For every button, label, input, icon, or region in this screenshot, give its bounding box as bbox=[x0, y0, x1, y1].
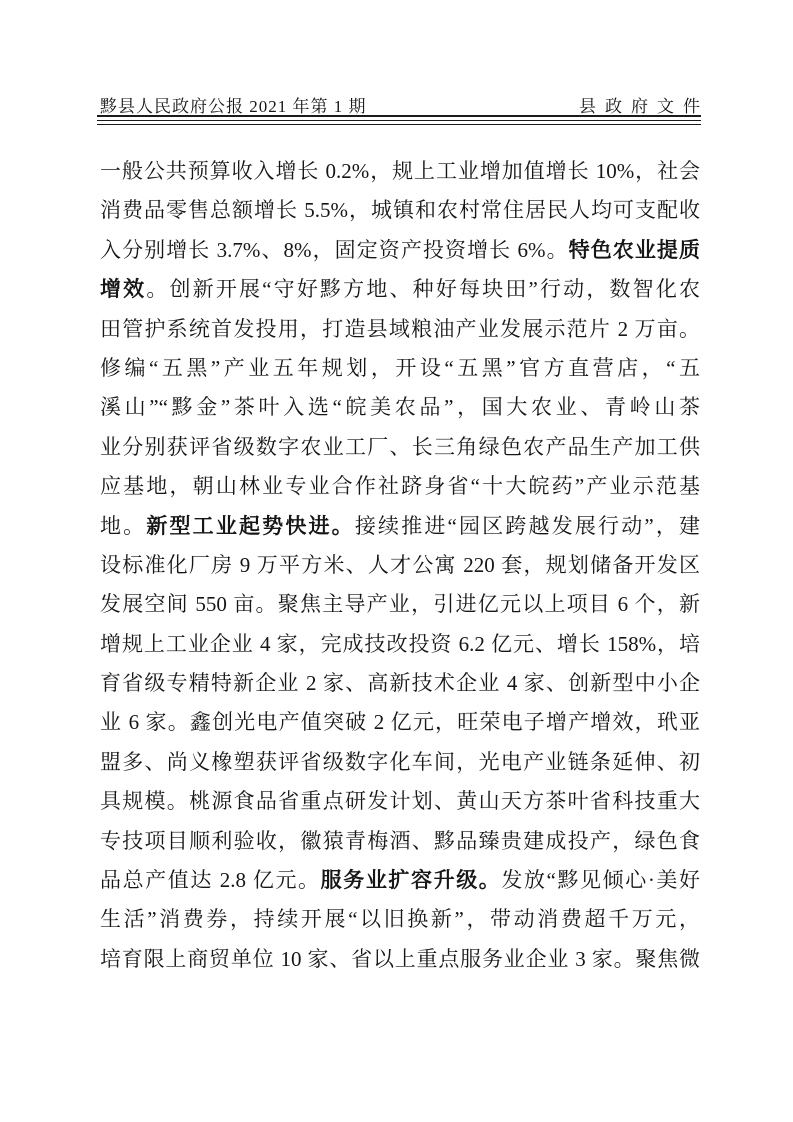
gazette-page: 黟县人民政府公报 2021 年第 1 期 县政府文件 一般公共预算收入增长 0.… bbox=[0, 0, 793, 1122]
text-run: 培育限上商贸单位 10 家、省以上重点服务业企业 3 家。聚焦微 bbox=[100, 947, 700, 971]
body-text: 一般公共预算收入增长 0.2%，规上工业增加值增长 10%，社会消费品零售总额增… bbox=[100, 152, 700, 979]
text-line: 增规上工业企业 4 家，完成技改投资 6.2 亿元、增长 158%，培 bbox=[100, 625, 700, 664]
text-run: 应基地，朝山林业专业合作社跻身省“十大皖药”产业示范基 bbox=[100, 474, 700, 498]
text-line: 消费品零售总额增长 5.5%，城镇和农村常住居民人均可支配收 bbox=[100, 191, 700, 230]
text-run: 生活”消费券，持续开展“以旧换新”，带动消费超千万元， bbox=[100, 907, 700, 931]
text-line: 业分别获评省级数字农业工厂、长三角绿色农产品生产加工供 bbox=[100, 428, 700, 467]
bold-run: 增效 bbox=[100, 277, 146, 301]
text-line: 地。新型工业起势快进。接续推进“园区跨越发展行动”，建 bbox=[100, 507, 700, 546]
text-run: 育省级专精特新企业 2 家、高新技术企业 4 家、创新型中小企 bbox=[100, 671, 700, 695]
page-header: 黟县人民政府公报 2021 年第 1 期 县政府文件 bbox=[100, 92, 700, 117]
section-label: 县政府文件 bbox=[579, 92, 709, 117]
text-line: 发展空间 550 亩。聚焦主导产业，引进亿元以上项目 6 个，新 bbox=[100, 585, 700, 624]
text-run: 修编“五黑”产业五年规划，开设“五黑”官方直营店，“五 bbox=[100, 356, 700, 380]
text-run: 接续推进“园区跨越发展行动”，建 bbox=[355, 514, 700, 538]
header-rule bbox=[97, 115, 701, 125]
text-run: 田管护系统首发投用，打造县域粮油产业发展示范片 2 万亩。 bbox=[100, 317, 700, 341]
text-run: 。创新开展“守好黟方地、种好每块田”行动，数智化农 bbox=[146, 277, 700, 301]
text-run: 盟多、尚义橡塑获评省级数字化车间，光电产业链条延伸、初 bbox=[100, 750, 700, 774]
text-run: 入分别增长 3.7%、8%，固定资产投资增长 6%。 bbox=[100, 238, 569, 262]
text-line: 专技项目顺利验收，徽猿青梅酒、黟品臻贵建成投产，绿色食 bbox=[100, 822, 700, 861]
text-run: 具规模。桃源食品省重点研发计划、黄山天方茶叶省科技重大 bbox=[100, 789, 700, 813]
text-line: 育省级专精特新企业 2 家、高新技术企业 4 家、创新型中小企 bbox=[100, 664, 700, 703]
text-line: 设标准化厂房 9 万平方米、人才公寓 220 套，规划储备开发区 bbox=[100, 546, 700, 585]
text-run: 发放“黟见倾心·美好 bbox=[501, 868, 700, 892]
text-line: 一般公共预算收入增长 0.2%，规上工业增加值增长 10%，社会 bbox=[100, 152, 700, 191]
gazette-title: 黟县人民政府公报 2021 年第 1 期 bbox=[100, 92, 367, 117]
text-line: 具规模。桃源食品省重点研发计划、黄山天方茶叶省科技重大 bbox=[100, 782, 700, 821]
text-line: 田管护系统首发投用，打造县域粮油产业发展示范片 2 万亩。 bbox=[100, 310, 700, 349]
header-rule-thick bbox=[97, 115, 701, 117]
text-line: 增效。创新开展“守好黟方地、种好每块田”行动，数智化农 bbox=[100, 270, 700, 309]
bold-run: 新型工业起势快进。 bbox=[146, 514, 355, 538]
text-line: 品总产值达 2.8 亿元。服务业扩容升级。发放“黟见倾心·美好 bbox=[100, 861, 700, 900]
text-line: 入分别增长 3.7%、8%，固定资产投资增长 6%。特色农业提质 bbox=[100, 231, 700, 270]
text-run: 发展空间 550 亩。聚焦主导产业，引进亿元以上项目 6 个，新 bbox=[100, 592, 700, 616]
text-run: 设标准化厂房 9 万平方米、人才公寓 220 套，规划储备开发区 bbox=[100, 553, 700, 577]
text-run: 业 6 家。鑫创光电产值突破 2 亿元，旺荣电子增产增效，玳亚 bbox=[100, 710, 700, 734]
text-line: 修编“五黑”产业五年规划，开设“五黑”官方直营店，“五 bbox=[100, 349, 700, 388]
text-line: 溪山”“黟金”茶叶入选“皖美农品”，国大农业、青岭山茶 bbox=[100, 388, 700, 427]
text-run: 增规上工业企业 4 家，完成技改投资 6.2 亿元、增长 158%，培 bbox=[100, 632, 700, 656]
bold-run: 服务业扩容升级。 bbox=[321, 868, 502, 892]
text-line: 盟多、尚义橡塑获评省级数字化车间，光电产业链条延伸、初 bbox=[100, 743, 700, 782]
header-rule-double bbox=[97, 120, 701, 125]
text-line: 业 6 家。鑫创光电产值突破 2 亿元，旺荣电子增产增效，玳亚 bbox=[100, 703, 700, 742]
text-run: 溪山”“黟金”茶叶入选“皖美农品”，国大农业、青岭山茶 bbox=[100, 395, 700, 419]
text-line: 培育限上商贸单位 10 家、省以上重点服务业企业 3 家。聚焦微 bbox=[100, 940, 700, 979]
bold-run: 特色农业提质 bbox=[569, 238, 700, 262]
text-run: 一般公共预算收入增长 0.2%，规上工业增加值增长 10%，社会 bbox=[100, 159, 700, 183]
text-line: 生活”消费券，持续开展“以旧换新”，带动消费超千万元， bbox=[100, 900, 700, 939]
text-run: 消费品零售总额增长 5.5%，城镇和农村常住居民人均可支配收 bbox=[100, 198, 700, 222]
text-run: 地。 bbox=[100, 514, 146, 538]
text-line: 应基地，朝山林业专业合作社跻身省“十大皖药”产业示范基 bbox=[100, 467, 700, 506]
text-run: 专技项目顺利验收，徽猿青梅酒、黟品臻贵建成投产，绿色食 bbox=[100, 829, 700, 853]
text-run: 业分别获评省级数字农业工厂、长三角绿色农产品生产加工供 bbox=[100, 435, 700, 459]
text-run: 品总产值达 2.8 亿元。 bbox=[100, 868, 321, 892]
